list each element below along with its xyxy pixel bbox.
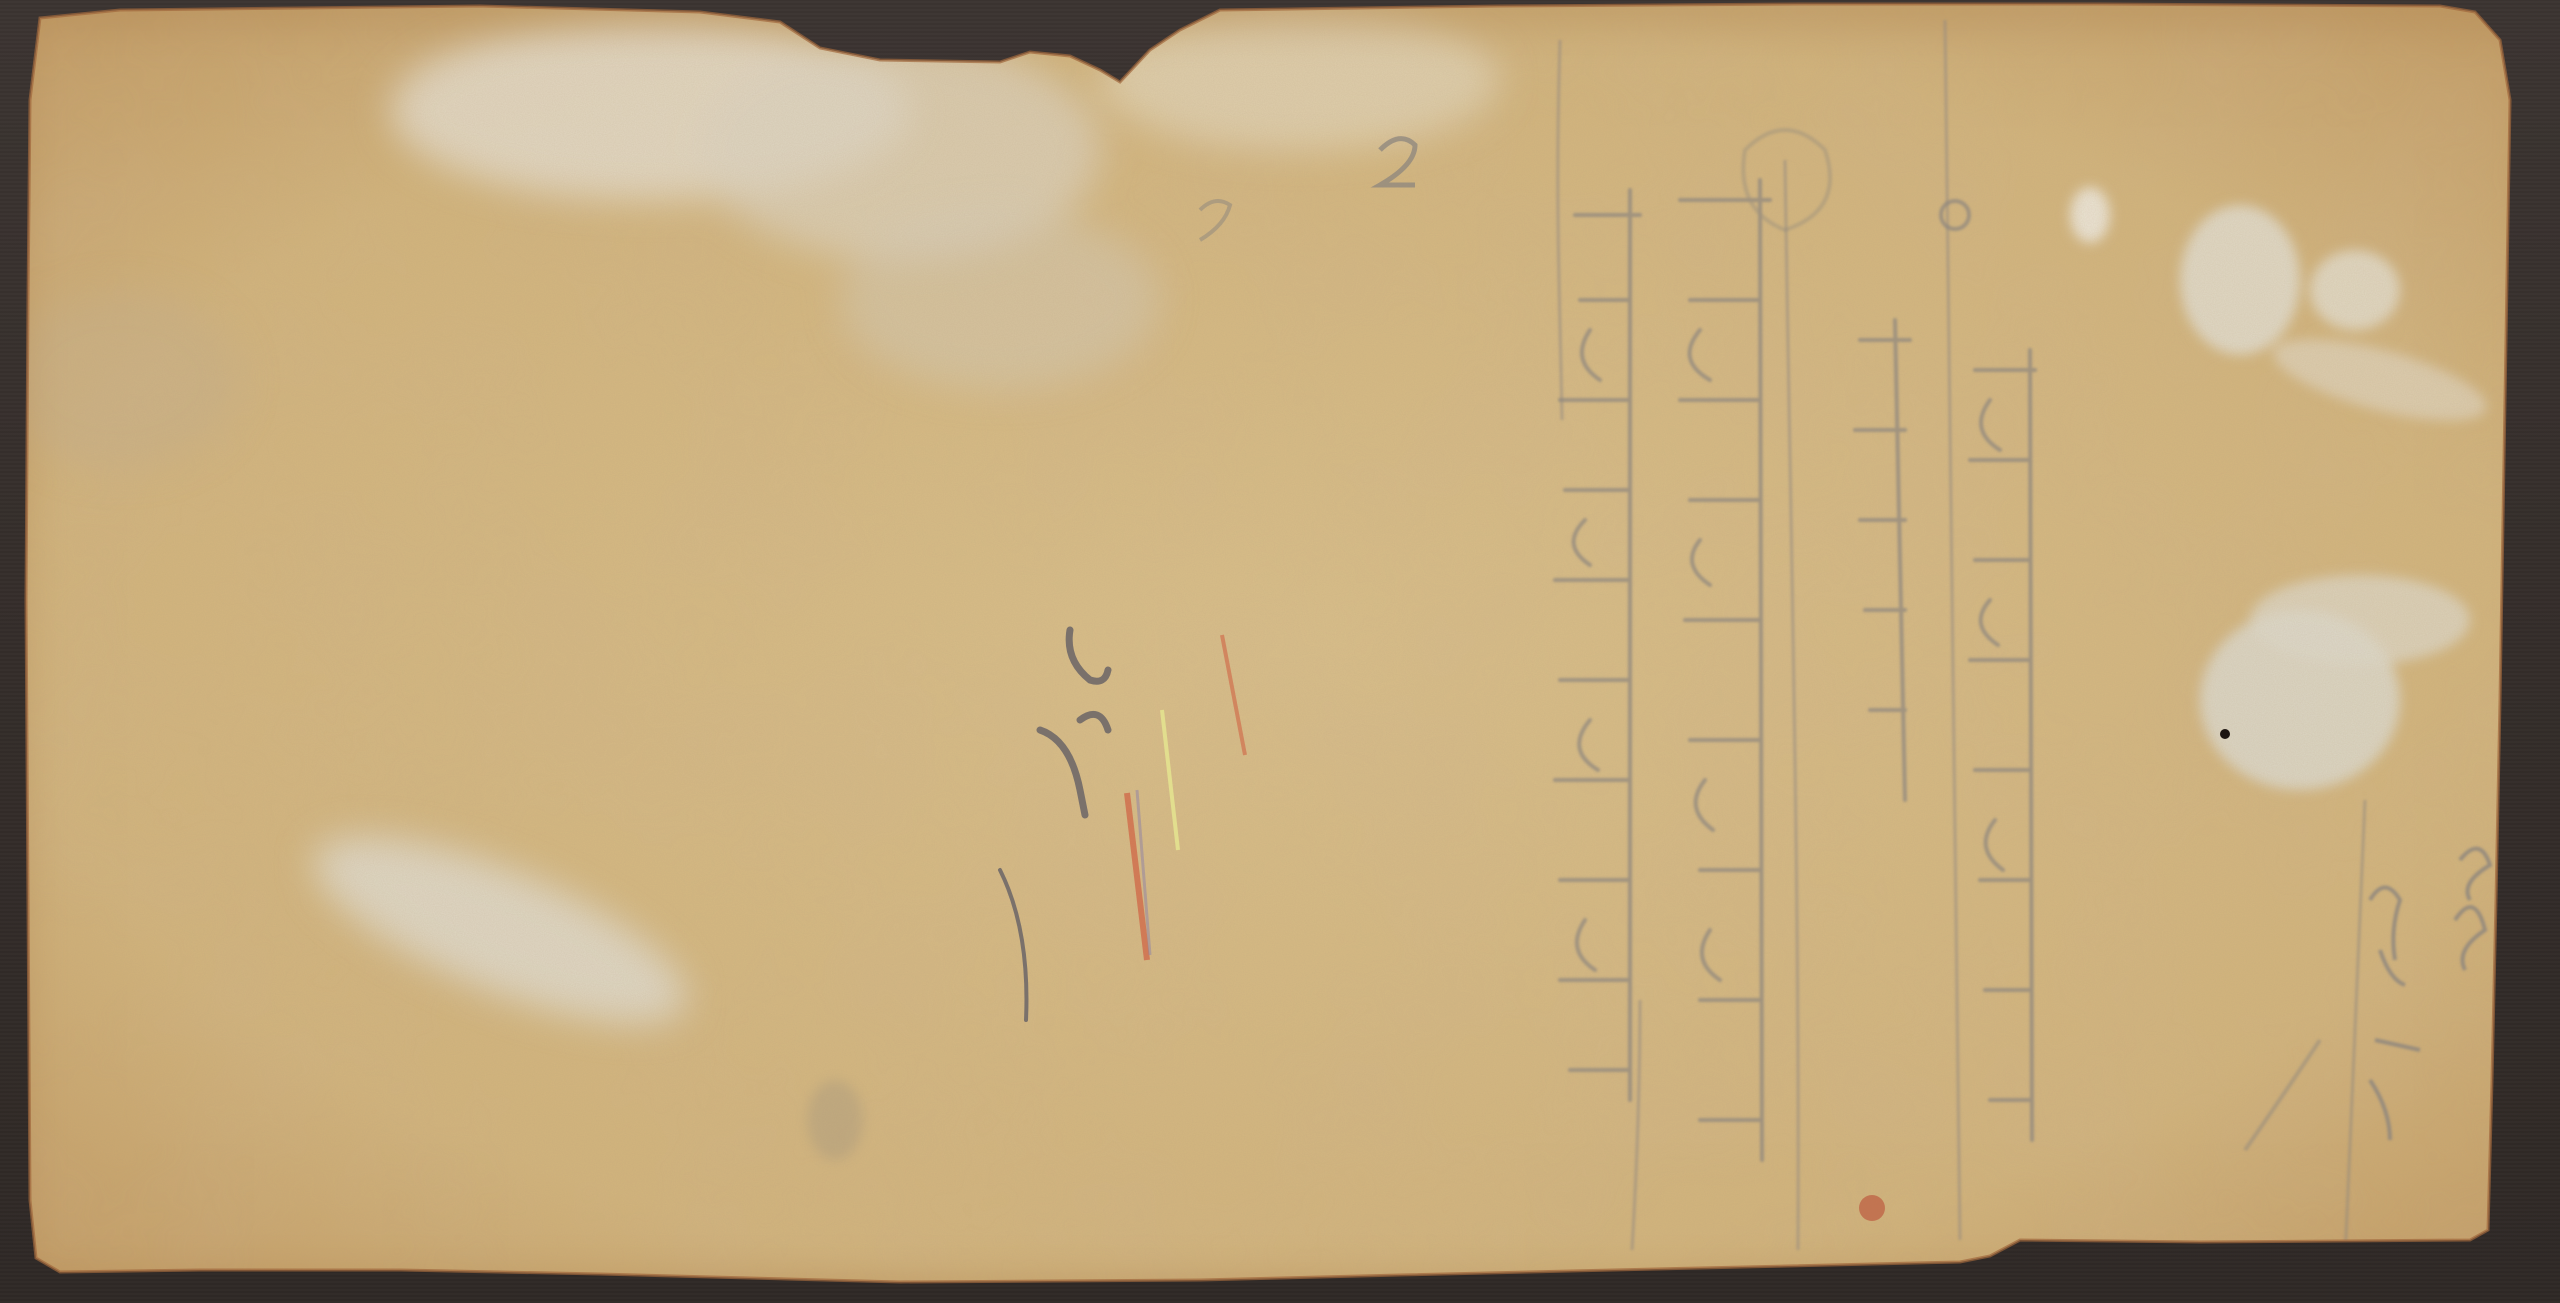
wormhole [2220,729,2230,739]
manuscript-leaf [0,0,2560,1303]
ink-spot [1859,1195,1885,1221]
